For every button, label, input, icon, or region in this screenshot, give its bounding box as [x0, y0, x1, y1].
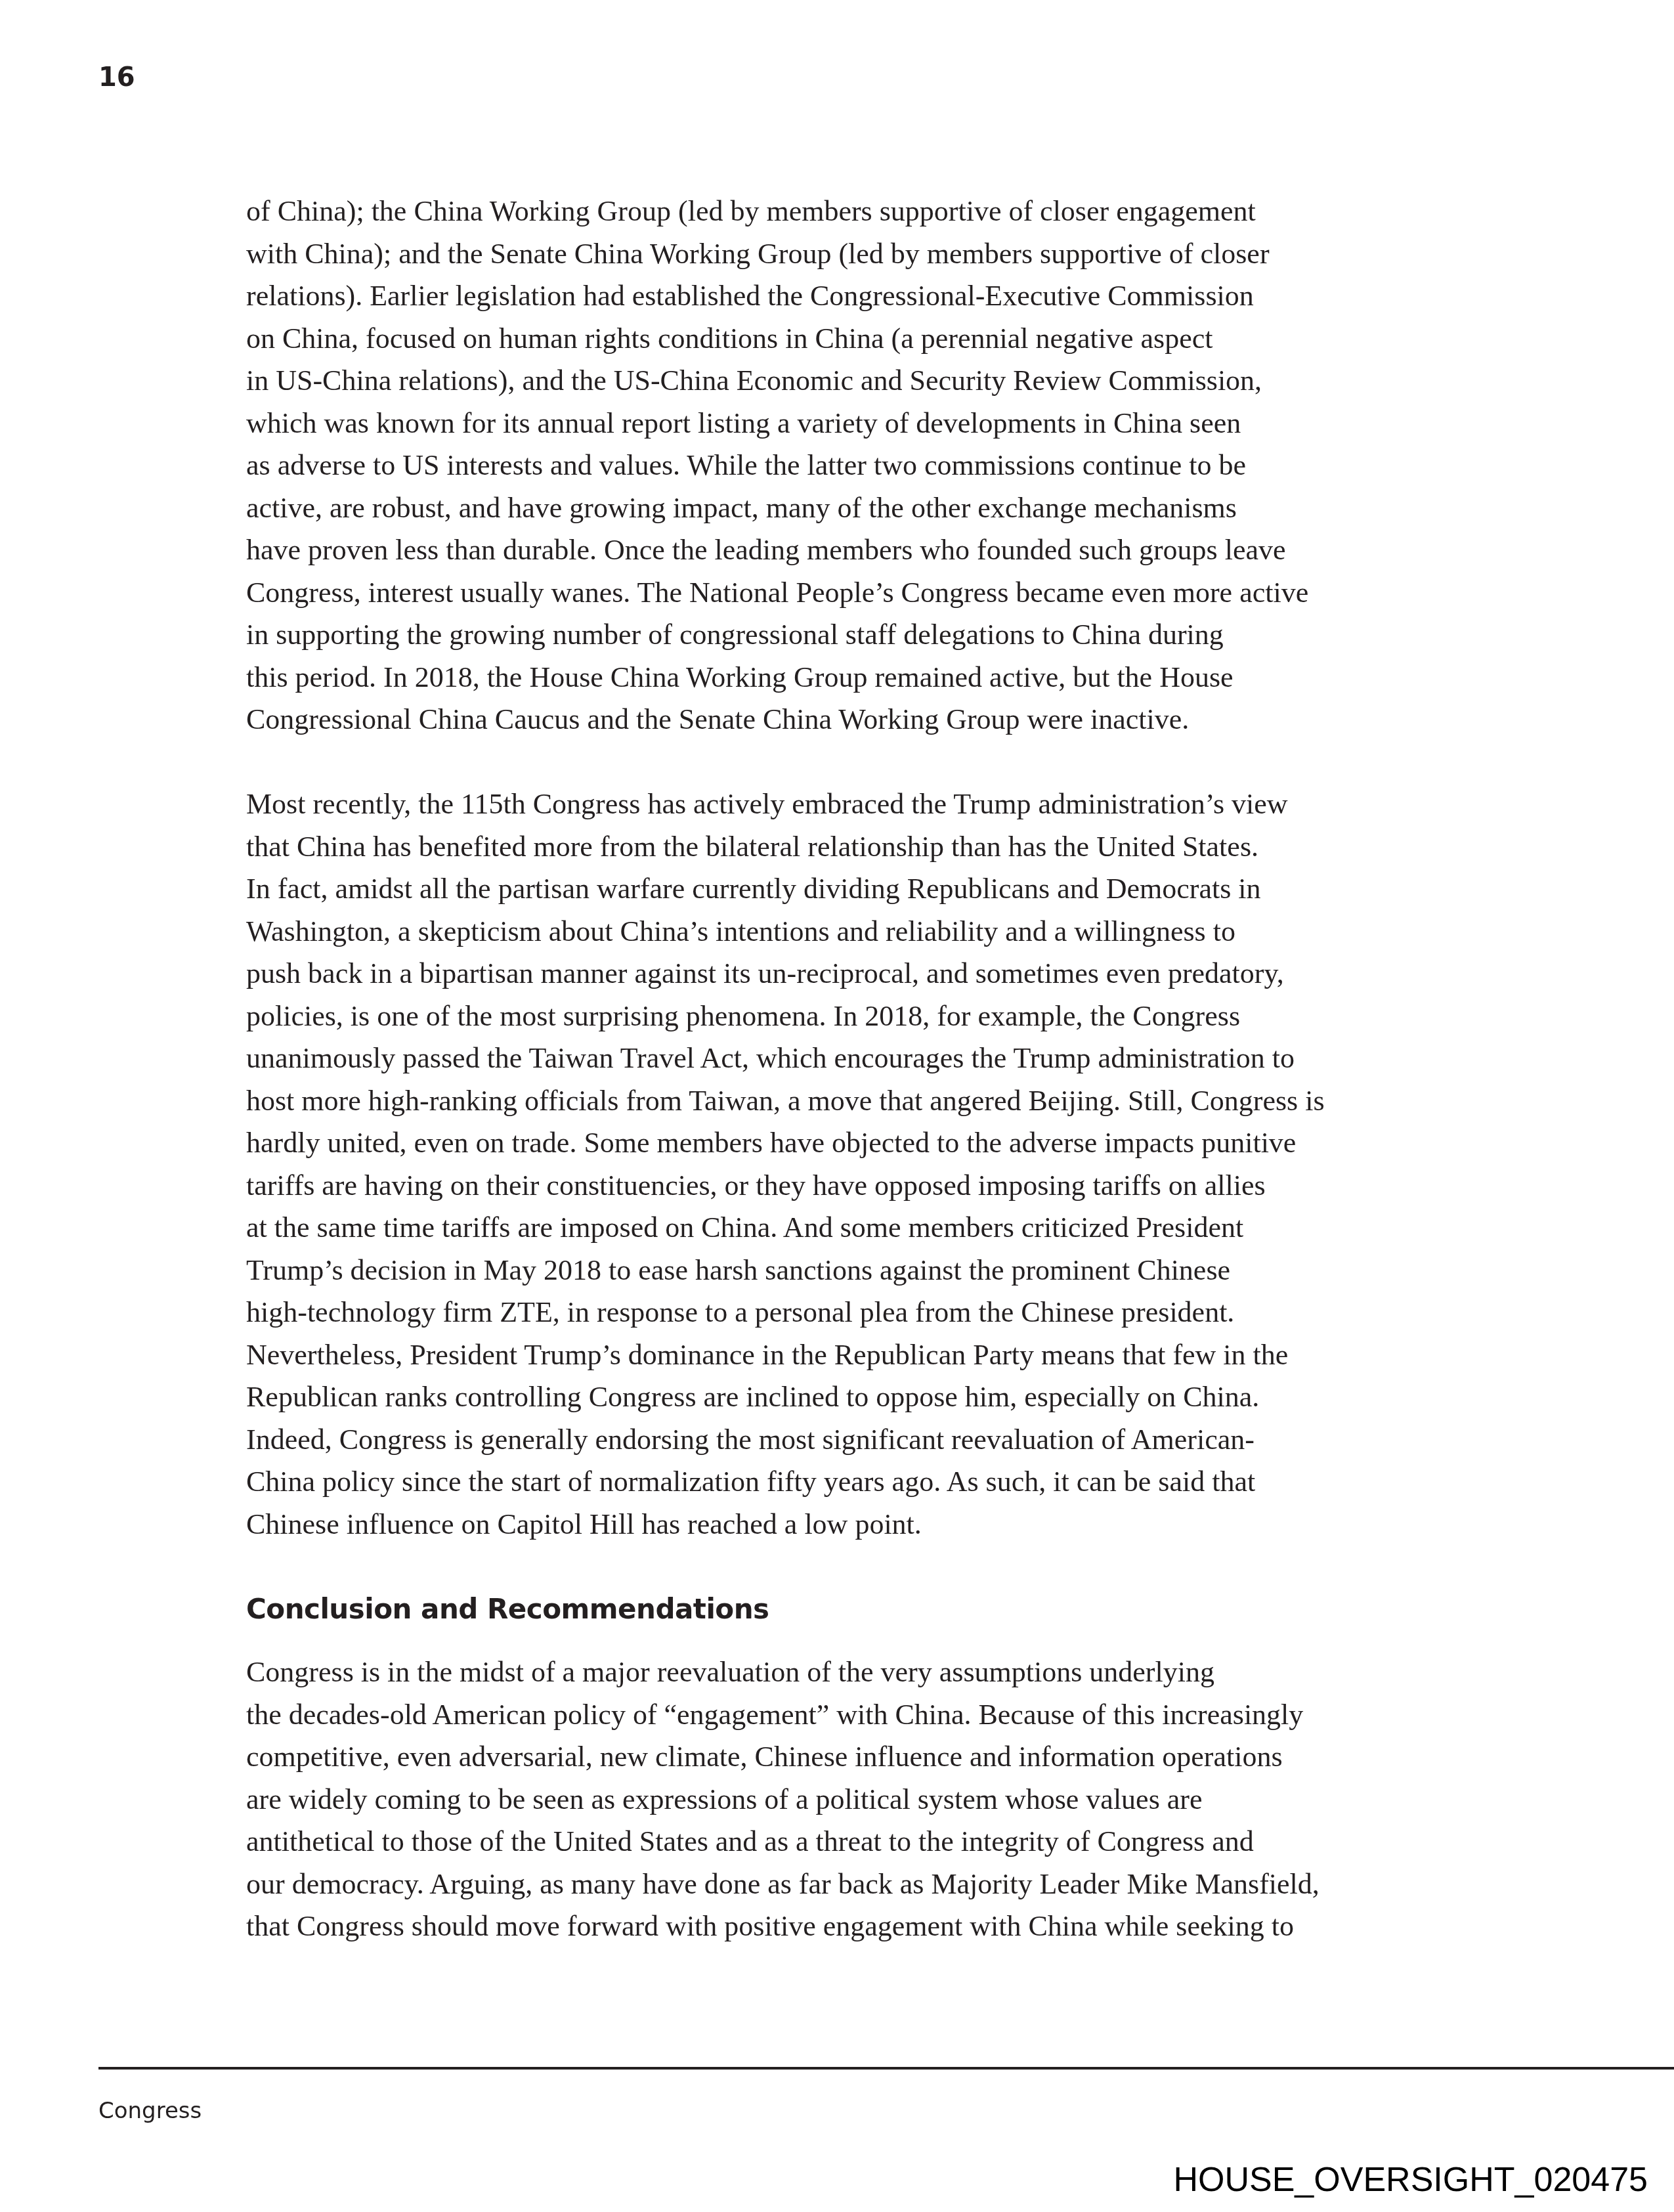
text-line: at the same time tariffs are imposed on …: [246, 1207, 1467, 1249]
paragraph-conclusion: Congress is in the midst of a major reev…: [246, 1651, 1467, 1948]
text-line: Chinese influence on Capitol Hill has re…: [246, 1504, 1467, 1546]
section-heading: Conclusion and Recommendations: [246, 1588, 1467, 1631]
text-line: the decades-old American policy of “enga…: [246, 1694, 1467, 1737]
text-line: our democracy. Arguing, as many have don…: [246, 1863, 1467, 1906]
text-line: Congressional China Caucus and the Senat…: [246, 699, 1467, 741]
text-line: relations). Earlier legislation had esta…: [246, 275, 1467, 318]
text-line: in supporting the growing number of cong…: [246, 614, 1467, 657]
text-line: Congress is in the midst of a major reev…: [246, 1651, 1467, 1694]
bates-stamp: HOUSE_OVERSIGHT_020475: [1173, 2160, 1648, 2200]
footer-divider: [98, 2067, 1674, 2070]
paragraph-congressional-groups: of China); the China Working Group (led …: [246, 190, 1467, 741]
paragraph-115th-congress: Most recently, the 115th Congress has ac…: [246, 783, 1467, 1546]
text-line: high-technology firm ZTE, in response to…: [246, 1291, 1467, 1334]
text-line: competitive, even adversarial, new clima…: [246, 1736, 1467, 1779]
text-line: antithetical to those of the United Stat…: [246, 1821, 1467, 1863]
page-number: 16: [98, 62, 135, 93]
text-line: are widely coming to be seen as expressi…: [246, 1779, 1467, 1821]
text-line: Most recently, the 115th Congress has ac…: [246, 783, 1467, 826]
text-line: which was known for its annual report li…: [246, 402, 1467, 445]
body-text: of China); the China Working Group (led …: [246, 190, 1467, 1990]
text-line: active, are robust, and have growing imp…: [246, 487, 1467, 530]
text-line: host more high-ranking officials from Ta…: [246, 1080, 1467, 1123]
text-line: in US-China relations), and the US-China…: [246, 360, 1467, 402]
text-line: hardly united, even on trade. Some membe…: [246, 1122, 1467, 1165]
text-line: Congress, interest usually wanes. The Na…: [246, 572, 1467, 615]
text-line: In fact, amidst all the partisan warfare…: [246, 868, 1467, 911]
text-line: China policy since the start of normaliz…: [246, 1461, 1467, 1504]
text-line: with China); and the Senate China Workin…: [246, 233, 1467, 276]
text-line: unanimously passed the Taiwan Travel Act…: [246, 1037, 1467, 1080]
text-line: this period. In 2018, the House China Wo…: [246, 657, 1467, 699]
text-line: tariffs are having on their constituenci…: [246, 1165, 1467, 1207]
text-line: that Congress should move forward with p…: [246, 1905, 1467, 1948]
text-line: push back in a bipartisan manner against…: [246, 953, 1467, 995]
text-line: Washington, a skepticism about China’s i…: [246, 911, 1467, 953]
text-line: that China has benefited more from the b…: [246, 826, 1467, 869]
text-line: of China); the China Working Group (led …: [246, 190, 1467, 233]
text-line: on China, focused on human rights condit…: [246, 318, 1467, 360]
text-line: policies, is one of the most surprising …: [246, 995, 1467, 1038]
text-line: Republican ranks controlling Congress ar…: [246, 1376, 1467, 1419]
text-line: have proven less than durable. Once the …: [246, 529, 1467, 572]
text-line: Indeed, Congress is generally endorsing …: [246, 1419, 1467, 1462]
text-line: as adverse to US interests and values. W…: [246, 445, 1467, 487]
footer-section-label: Congress: [98, 2098, 202, 2124]
text-line: Trump’s decision in May 2018 to ease har…: [246, 1249, 1467, 1292]
text-line: Nevertheless, President Trump’s dominanc…: [246, 1334, 1467, 1377]
